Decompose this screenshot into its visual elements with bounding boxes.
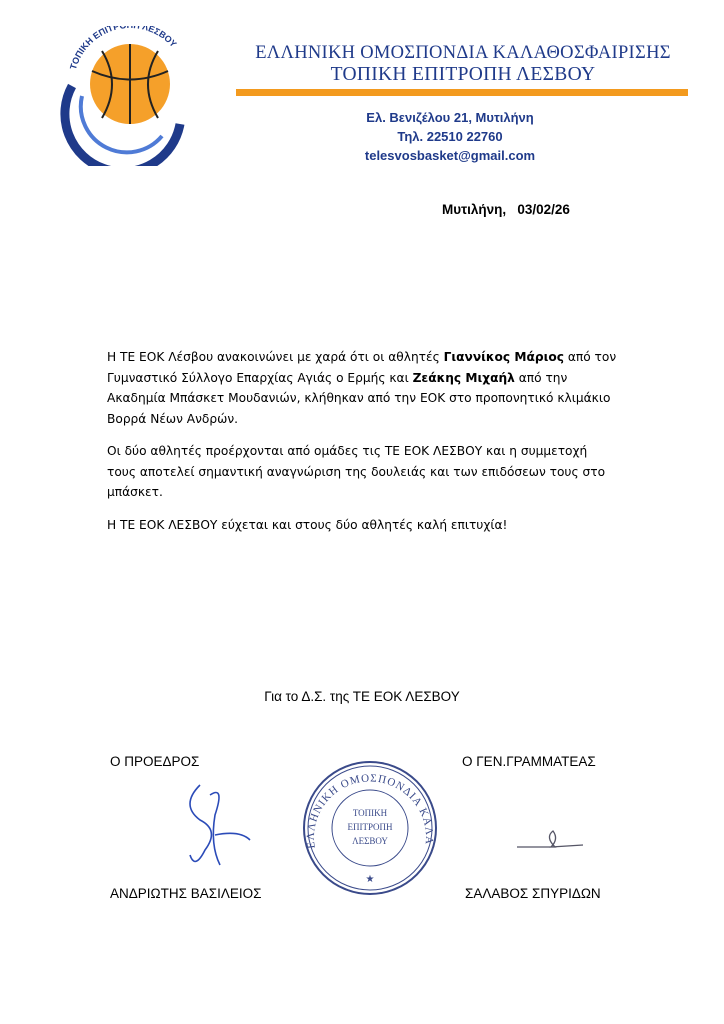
president-name: ΑΝΔΡΙΩΤΗΣ ΒΑΣΙΛΕΙΟΣ <box>110 886 261 901</box>
stamp-center-line-2: ΕΠΙΤΡΟΠΗ <box>348 822 393 832</box>
star-icon: ★ <box>366 874 375 885</box>
email-link[interactable]: telesvosbasket@gmail.com <box>340 148 560 163</box>
committee-name: ΤΟΠΙΚΗ ΕΠΙΤΡΟΠΗ ΛΕΣΒΟΥ <box>253 64 673 86</box>
president-signature <box>170 775 255 875</box>
paragraph-2: Οι δύο αθλητές προέρχονται από ομάδες τι… <box>107 441 617 503</box>
p1-text-a: Η ΤΕ ΕΟΚ Λέσβου ανακοινώνει με χαρά ότι … <box>107 350 444 364</box>
president-role: Ο ΠΡΟΕΔΡΟΣ <box>110 754 199 769</box>
dateline: Μυτιλήνη, 03/02/26 <box>442 202 570 217</box>
paragraph-3: Η ΤΕ ΕΟΚ ΛΕΣΒΟΥ εύχεται και στους δύο αθ… <box>107 515 617 536</box>
org-name: ΕΛΛΗΝΙΚΗ ΟΜΟΣΠΟΝΔΙΑ ΚΑΛΑΘΟΣΦΑΙΡΙΣΗΣ <box>253 43 673 64</box>
secretary-signature <box>515 825 585 855</box>
athlete-name-1: Γιαννίκος Μάριος <box>444 350 564 364</box>
address: Ελ. Βενιζέλου 21, Μυτιλήνη <box>340 110 560 125</box>
athlete-name-2: Ζεάκης Μιχαήλ <box>413 371 515 385</box>
closing-line: Για το Δ.Σ. της ΤΕ ΕΟΚ ΛΕΣΒΟΥ <box>0 689 724 704</box>
secretary-name: ΣΑΛΑΒΟΣ ΣΠΥΡΙΔΩΝ <box>465 886 601 901</box>
header-divider <box>236 89 688 96</box>
stamp-center-line-3: ΛΕΣΒΟΥ <box>352 836 388 846</box>
secretary-role: Ο ΓΕΝ.ΓΡΑΜΜΑΤΕΑΣ <box>462 754 596 769</box>
stamp-center-line-1: ΤΟΠΙΚΗ <box>353 808 388 818</box>
paragraph-1: Η ΤΕ ΕΟΚ Λέσβου ανακοινώνει με χαρά ότι … <box>107 347 617 429</box>
official-stamp: ΕΛΛΗΝΙΚΗ ΟΜΟΣΠΟΝΔΙΑ ΚΑΛΑΘΟΣΦΑΙΡΙΣΗΣ ΤΟΠΙ… <box>295 758 445 898</box>
basketball-crest-icon: ΤΟΠΙΚΗ ΕΠΙΤΡΟΠΗ ΛΕΣΒΟΥ <box>52 26 202 166</box>
phone: Τηλ. 22510 22760 <box>340 129 560 144</box>
letter-body: Η ΤΕ ΕΟΚ Λέσβου ανακοινώνει με χαρά ότι … <box>107 347 617 547</box>
